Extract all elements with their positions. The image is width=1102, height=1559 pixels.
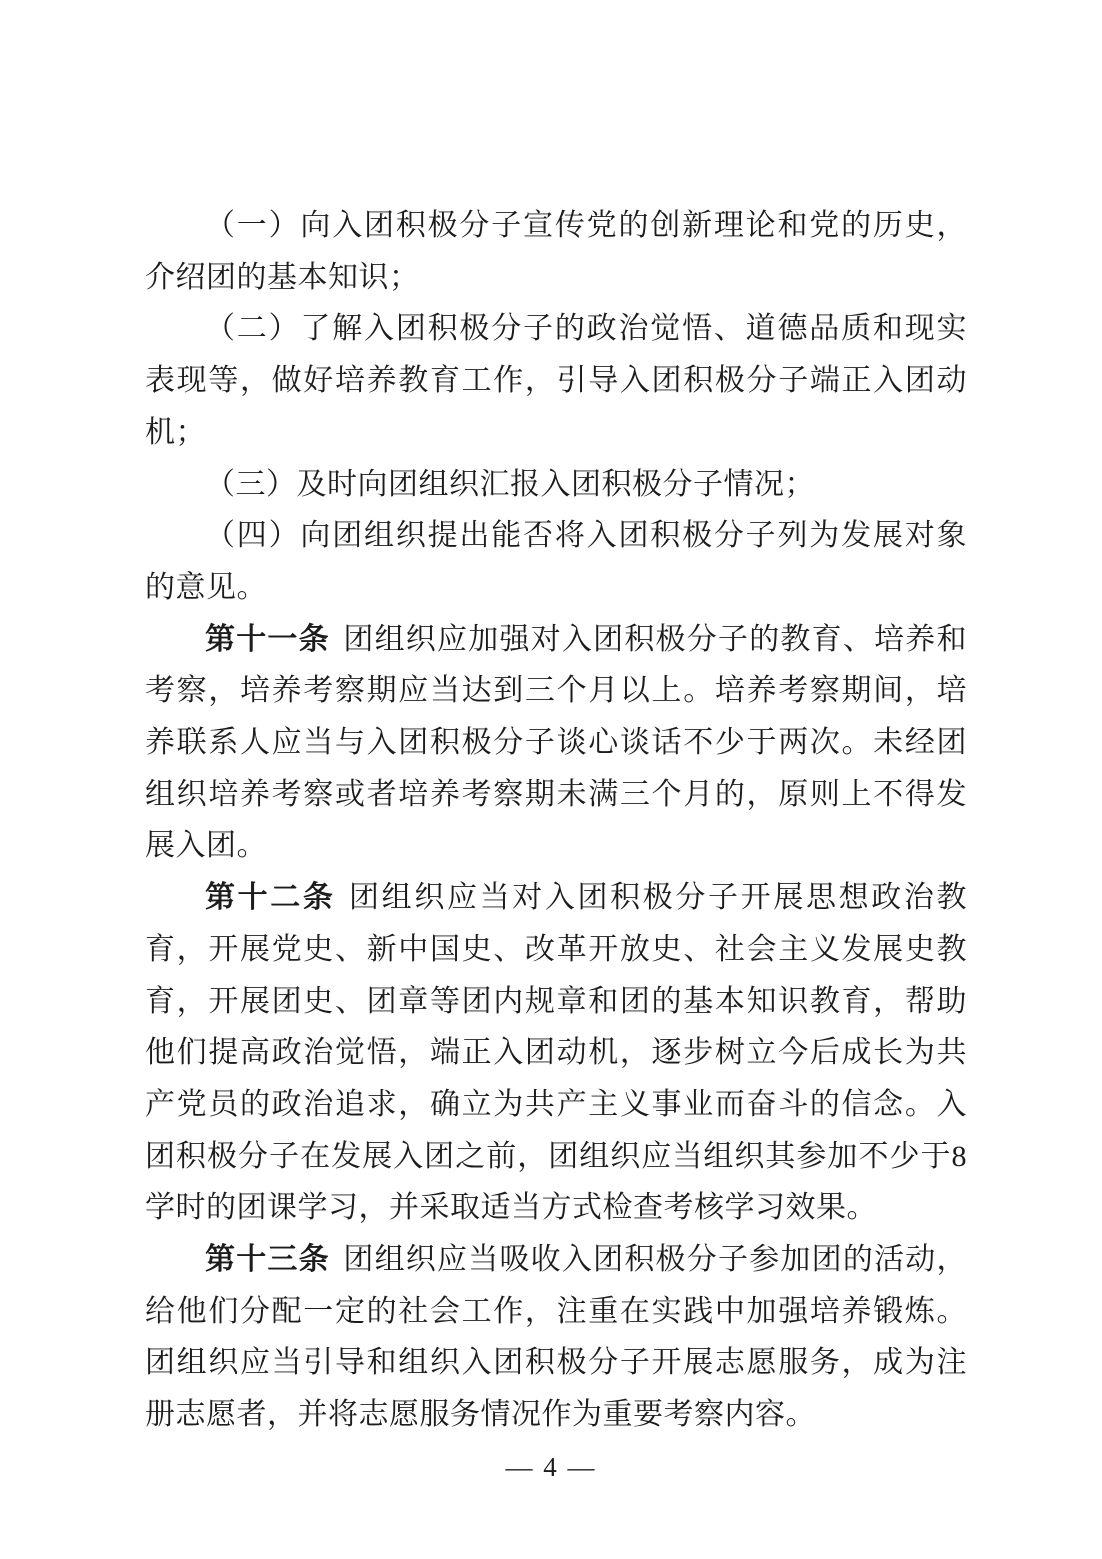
document-page: （一）向入团积极分子宣传党的创新理论和党的历史，介绍团的基本知识； （二）了解入… — [0, 0, 1102, 1559]
document-body: （一）向入团积极分子宣传党的创新理论和党的历史，介绍团的基本知识； （二）了解入… — [145, 200, 967, 1441]
article-13: 第十三条团组织应当吸收入团积极分子参加团的活动，给他们分配一定的社会工作，注重在… — [145, 1234, 967, 1441]
article-11-label: 第十一条 — [205, 623, 330, 656]
article-12-text: 团组织应当对入团积极分子开展思想政治教育，开展党史、新中国史、改革开放史、社会主… — [145, 881, 967, 1224]
page-number: — 4 — — [506, 1452, 597, 1482]
page-footer: — 4 — — [0, 1452, 1102, 1483]
article-11: 第十一条团组织应加强对入团积极分子的教育、培养和考察，培养考察期应当达到三个月以… — [145, 614, 967, 873]
clause-item-4: （四）向团组织提出能否将入团积极分子列为发展对象的意见。 — [145, 510, 967, 613]
article-13-label: 第十三条 — [205, 1243, 330, 1276]
clause-item-2: （二）了解入团积极分子的政治觉悟、道德品质和现实表现等，做好培养教育工作，引导入… — [145, 303, 967, 458]
article-12: 第十二条团组织应当对入团积极分子开展思想政治教育，开展党史、新中国史、改革开放史… — [145, 872, 967, 1234]
clause-item-3: （三）及时向团组织汇报入团积极分子情况； — [145, 459, 967, 511]
article-12-label: 第十二条 — [205, 881, 336, 914]
article-11-text: 团组织应加强对入团积极分子的教育、培养和考察，培养考察期应当达到三个月以上。培养… — [145, 623, 967, 863]
clause-item-1: （一）向入团积极分子宣传党的创新理论和党的历史，介绍团的基本知识； — [145, 200, 967, 303]
